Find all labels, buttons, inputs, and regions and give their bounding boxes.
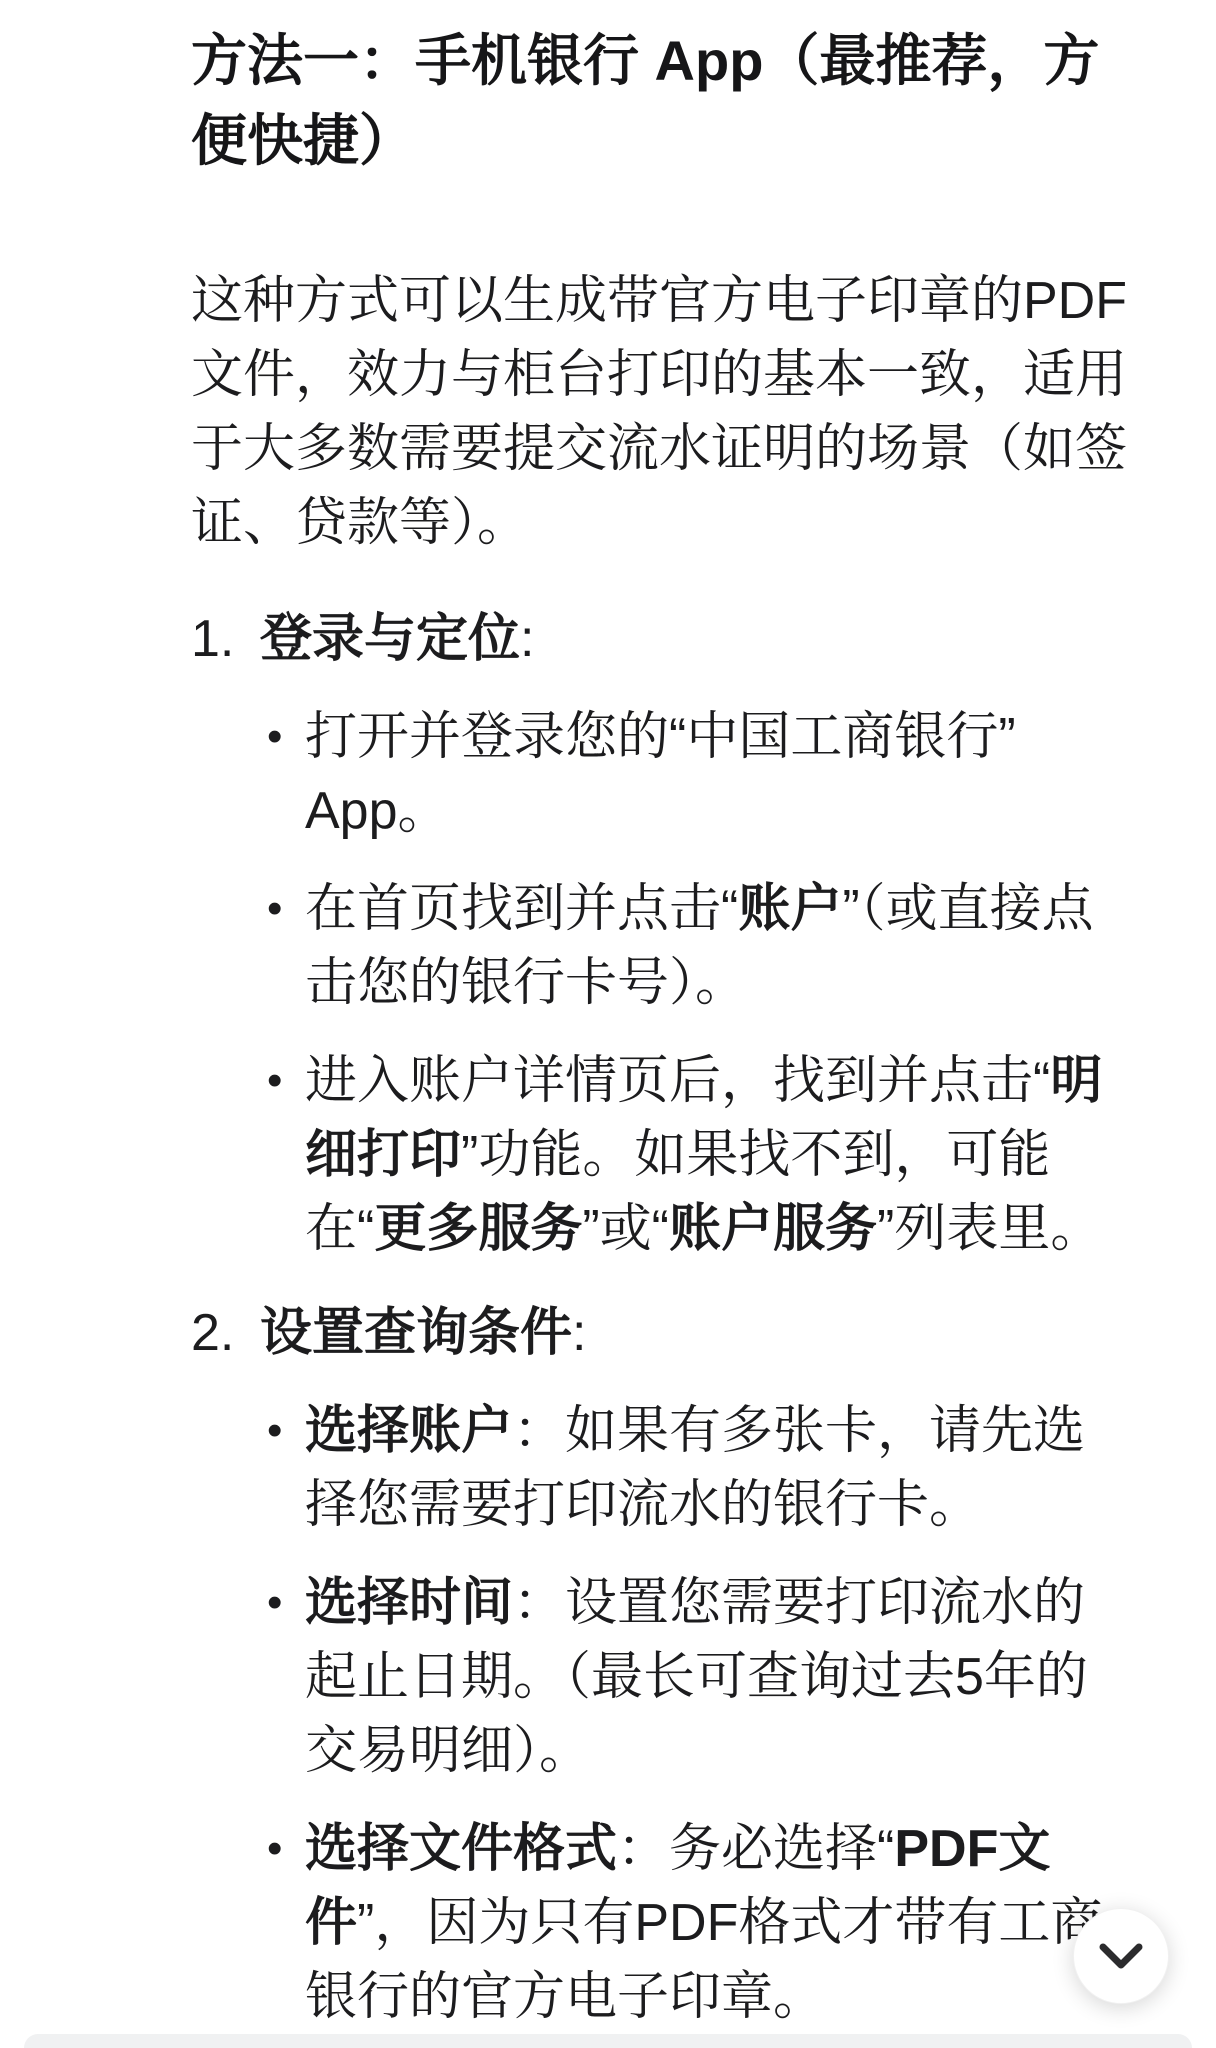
step-title-text: 登录与定位 (260, 610, 520, 668)
bullet-marker: • (260, 1394, 305, 1468)
bullet-list: • 打开并登录您的“中国工商银行” App。 • 在首页找到并点击“账户”（或直… (260, 700, 1136, 1266)
assistant-message: 方法一：手机银行 App（最推荐，方便快捷） 这种方式可以生成带官方电子印章的P… (0, 0, 1216, 2034)
section-heading: 方法一：手机银行 App（最推荐，方便快捷） (191, 21, 1136, 181)
step-item-2: 2. 设置查询条件: • 选择账户：如果有多张卡，请先选择您需要打印流水的银行卡… (191, 1296, 1136, 2034)
composer-input-peek[interactable] (24, 2034, 1192, 2048)
chevron-down-icon (1098, 1941, 1144, 1971)
bullet-item: • 选择时间：设置您需要打印流水的起止日期。（最长可查询过去5年的交易明细）。 (260, 1566, 1136, 1788)
steps-list: 1. 登录与定位: • 打开并登录您的“中国工商银行” App。 • 在首页找到… (191, 602, 1136, 2034)
bullet-text: 选择账户：如果有多张卡，请先选择您需要打印流水的银行卡。 (305, 1394, 1136, 1542)
bullet-text: 打开并登录您的“中国工商银行” App。 (305, 700, 1136, 848)
step-title-text: 设置查询条件 (260, 1304, 572, 1362)
step-title-colon: : (520, 610, 534, 668)
bullet-marker: • (260, 700, 305, 774)
scroll-to-bottom-button[interactable] (1073, 1908, 1169, 2004)
step-title: 设置查询条件: (260, 1296, 1136, 1370)
step-number: 2. (191, 1296, 260, 1370)
bullet-marker: • (260, 872, 305, 946)
chat-screen: { "page": { "background": "#ffffff", "te… (0, 0, 1216, 2048)
bullet-item: • 打开并登录您的“中国工商银行” App。 (260, 700, 1136, 848)
intro-paragraph: 这种方式可以生成带官方电子印章的PDF文件，效力与柜台打印的基本一致，适用于大多… (191, 264, 1136, 560)
bullet-text: 在首页找到并点击“账户”（或直接点击您的银行卡号）。 (305, 872, 1136, 1020)
bullet-text: 进入账户详情页后，找到并点击“明细打印”功能。如果找不到，可能在“更多服务”或“… (305, 1044, 1136, 1266)
bullet-text: 选择文件格式：务必选择“PDF文件”，因为只有PDF格式才带有工商银行的官方电子… (305, 1812, 1136, 2034)
step-body: 设置查询条件: • 选择账户：如果有多张卡，请先选择您需要打印流水的银行卡。 •… (260, 1296, 1136, 2034)
bullet-list: • 选择账户：如果有多张卡，请先选择您需要打印流水的银行卡。 • 选择时间：设置… (260, 1394, 1136, 2034)
step-body: 登录与定位: • 打开并登录您的“中国工商银行” App。 • 在首页找到并点击… (260, 602, 1136, 1266)
bullet-item: • 在首页找到并点击“账户”（或直接点击您的银行卡号）。 (260, 872, 1136, 1020)
bullet-item: • 选择账户：如果有多张卡，请先选择您需要打印流水的银行卡。 (260, 1394, 1136, 1542)
step-title-colon: : (572, 1304, 586, 1362)
bullet-marker: • (260, 1566, 305, 1640)
bullet-item: • 进入账户详情页后，找到并点击“明细打印”功能。如果找不到，可能在“更多服务”… (260, 1044, 1136, 1266)
step-number: 1. (191, 602, 260, 676)
step-title: 登录与定位: (260, 602, 1136, 676)
bullet-text: 选择时间：设置您需要打印流水的起止日期。（最长可查询过去5年的交易明细）。 (305, 1566, 1136, 1788)
bullet-item: • 选择文件格式：务必选择“PDF文件”，因为只有PDF格式才带有工商银行的官方… (260, 1812, 1136, 2034)
step-item-1: 1. 登录与定位: • 打开并登录您的“中国工商银行” App。 • 在首页找到… (191, 602, 1136, 1266)
bullet-marker: • (260, 1044, 305, 1118)
bullet-marker: • (260, 1812, 305, 1886)
